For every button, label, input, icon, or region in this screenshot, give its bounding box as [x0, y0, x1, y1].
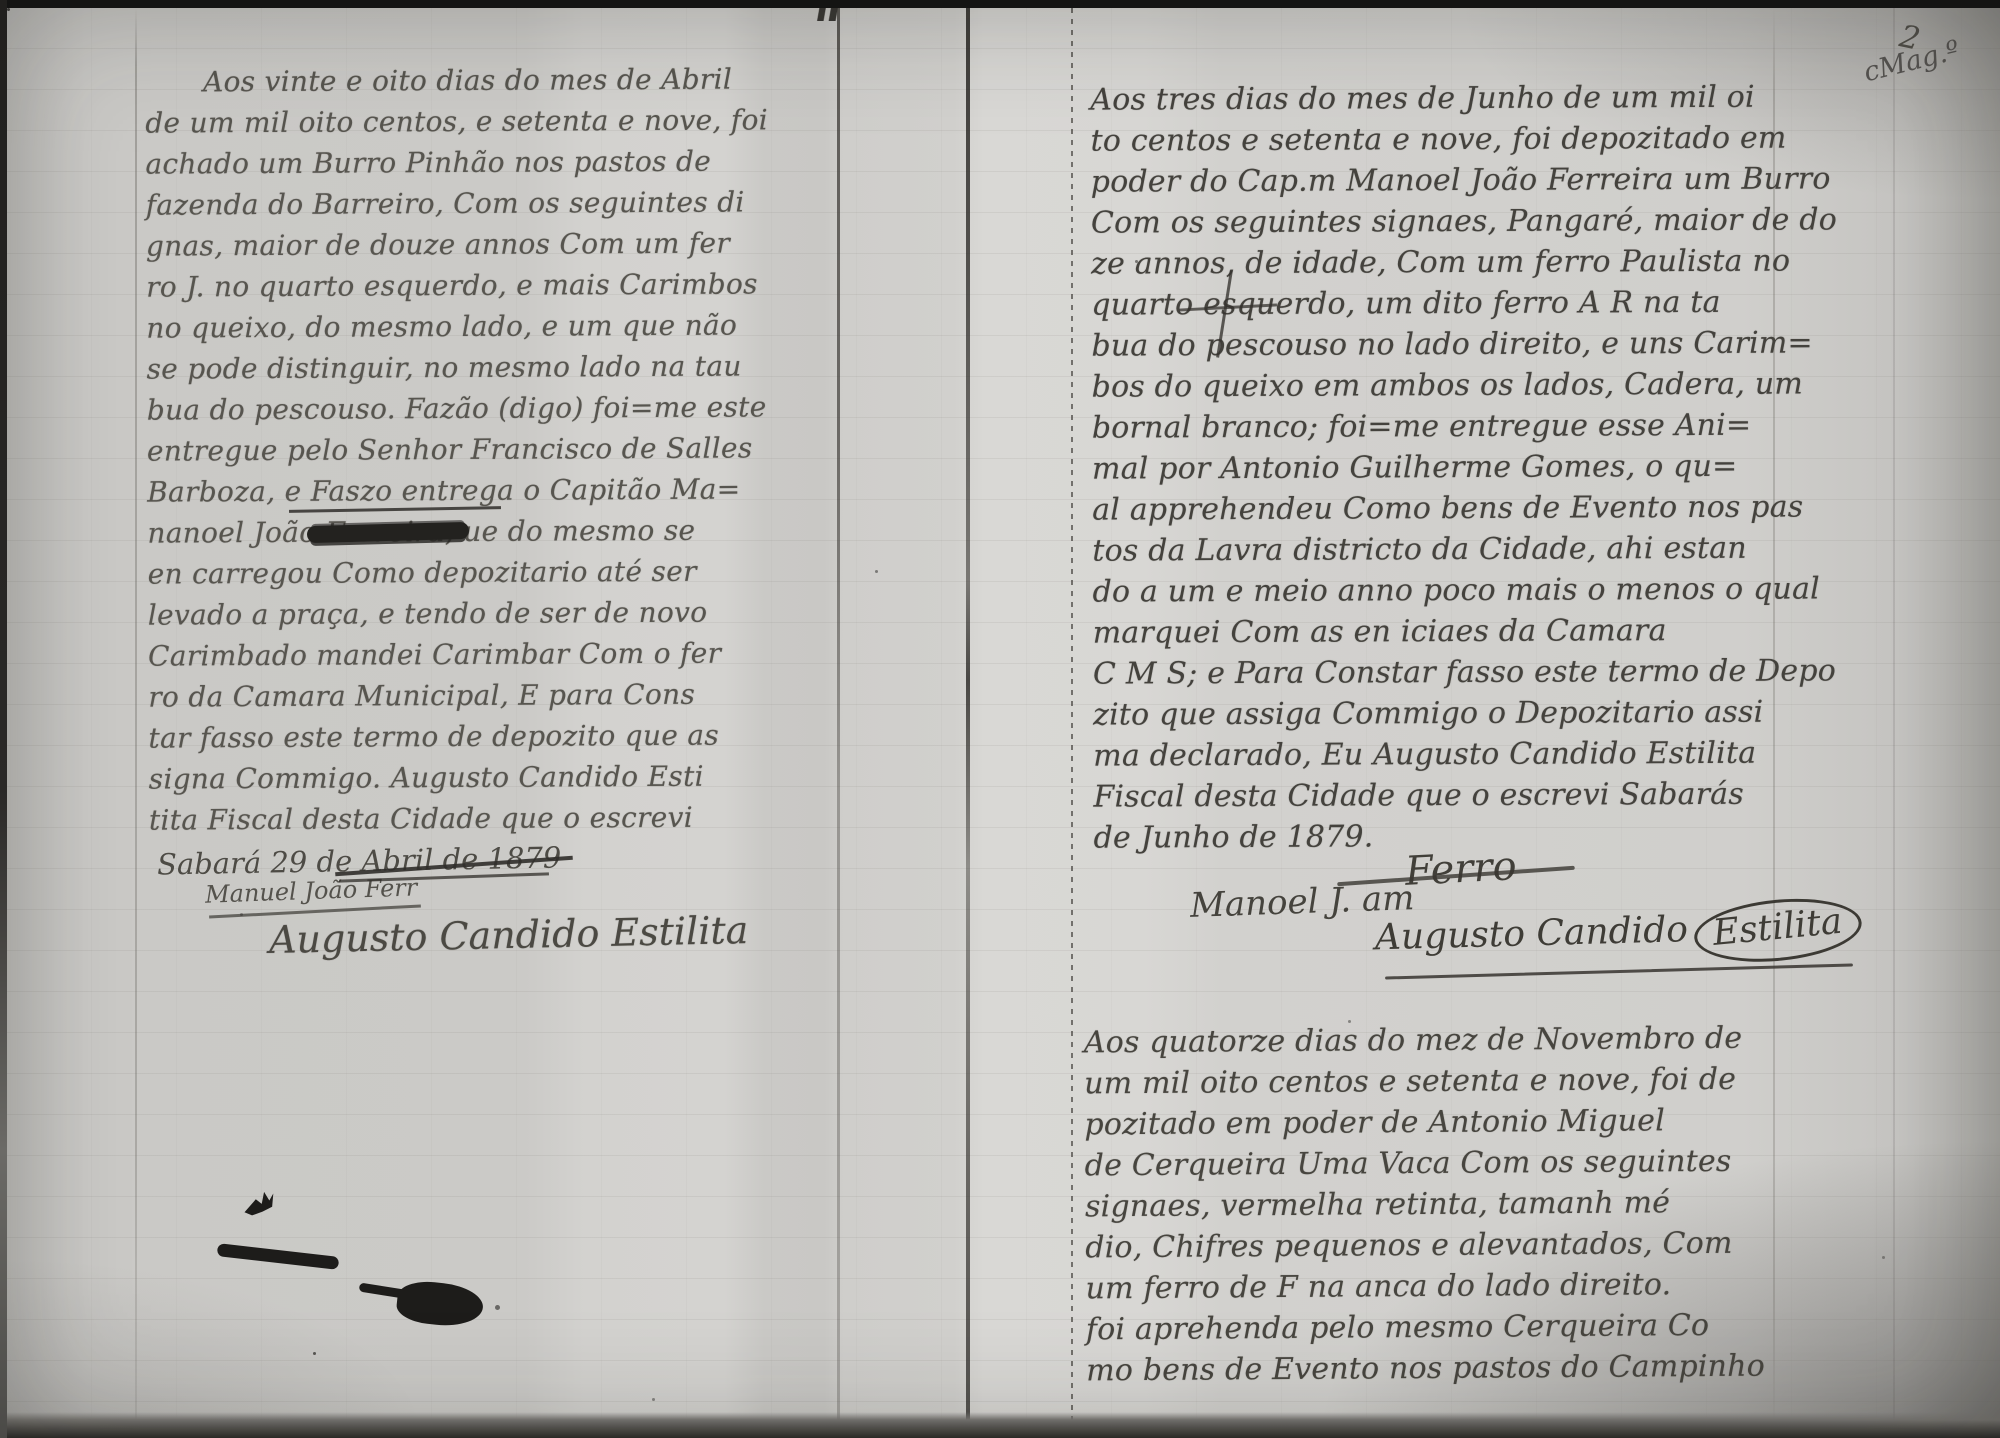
handwritten-line: mo bens de Evento nos pastos do Campinho — [1086, 1346, 1765, 1392]
handwritten-line: al apprehendeu Como bens de Evento nos p… — [1092, 486, 1838, 530]
handwritten-line: mal por Antonio Guilherme Gomes, o qu= — [1092, 445, 1838, 489]
handwritten-line: en carregou Como depozitario até ser — [148, 550, 771, 594]
handwritten-line: marquei Com as en iciaes da Camara — [1093, 609, 1839, 653]
handwritten-line: tar fasso este termo de depozito que as — [148, 714, 771, 758]
right-page-margin-dotted-line — [1071, 8, 1073, 1438]
right-page-fiscal-signature: Augusto CandidoEstilita — [1374, 898, 1862, 972]
torn-crease-line — [966, 8, 970, 1438]
handwritten-line: levado a praça, e tendo de ser de novo — [148, 591, 771, 635]
center-fold-line — [837, 8, 840, 1438]
handwritten-line: dio, Chifres pequenos e alevantados, Com — [1085, 1223, 1764, 1269]
handwritten-line: zito que assiga Commigo o Depozitario as… — [1093, 691, 1839, 735]
handwritten-line: do a um e meio anno poco mais o menos o … — [1092, 568, 1838, 612]
scanned-book-spread: Aos vinte e oito dias do mes de Abrilde … — [0, 0, 2000, 1438]
top-edge-scribble-mark — [805, 8, 849, 21]
handwritten-line: no queixo, do mesmo lado, e um que não — [146, 304, 769, 348]
handwritten-line: achado um Burro Pinhão nos pastos de — [145, 140, 768, 184]
handwritten-line: foi aprehenda pelo mesmo Cerqueira Co — [1086, 1305, 1765, 1351]
fiscal-signature-name: Augusto Candido — [1374, 909, 1688, 958]
handwritten-line: signaes, vermelha retinta, tamanh mé — [1085, 1182, 1764, 1228]
left-page-body: Aos vinte e oito dias do mes de Abrilde … — [145, 58, 772, 840]
handwritten-line: ro da Camara Municipal, E para Cons — [148, 673, 771, 717]
handwritten-line: entregue pelo Senhor Francisco de Salles — [147, 427, 770, 471]
fiscal-signature-circled-surname: Estilita — [1691, 892, 1864, 969]
handwritten-line: ze annos, de idade, Com um ferro Paulist… — [1091, 240, 1837, 284]
handwritten-line: ma declarado, Eu Augusto Candido Estilit… — [1093, 732, 1839, 776]
handwritten-line: fazenda do Barreiro, Com os seguintes di — [146, 181, 769, 225]
handwritten-line: bua do pescouso no lado direito, e uns C… — [1091, 322, 1837, 366]
handwritten-line: quarto esquerdo, um dito ferro A R na ta — [1091, 281, 1837, 325]
scan-left-edge-strip — [0, 0, 7, 1438]
handwritten-line: bua do pescouso. Fazão (digo) foi=me est… — [147, 386, 770, 430]
handwritten-line: poder do Cap.m Manoel João Ferreira um B… — [1091, 158, 1837, 202]
page-edge-line — [1893, 8, 1895, 1438]
handwritten-line: tos da Lavra districto da Cidade, ahi es… — [1092, 527, 1838, 571]
scan-paper: Aos vinte e oito dias do mes de Abrilde … — [7, 8, 2000, 1438]
handwritten-line: Aos quatorze dias do mez de Novembro de — [1084, 1018, 1763, 1064]
right-page-depositary-signature-flourish: Ferro — [1404, 843, 1518, 895]
handwritten-line: C M S; e Para Constar fasso este termo d… — [1093, 650, 1839, 694]
handwritten-line: Carimbado mandei Carimbar Com o fer — [148, 632, 771, 676]
scan-bottom-shadow-band — [7, 1412, 2000, 1438]
handwritten-line: bos do queixo em ambos os lados, Cadera,… — [1092, 363, 1838, 407]
handwritten-line: bornal branco; foi=me entregue esse Ani= — [1092, 404, 1838, 448]
handwritten-line: signa Commigo. Augusto Candido Esti — [149, 755, 772, 799]
handwritten-line: gnas, maior de douze annos Com um fer — [146, 222, 769, 266]
right-page-entry1-body: Aos tres dias do mes de Junho de um mil … — [1090, 76, 1839, 858]
handwritten-line: tita Fiscal desta Cidade que o escrevi — [149, 796, 772, 840]
handwritten-line: se pode distinguir, no mesmo lado na tau — [146, 345, 769, 389]
handwritten-line: um mil oito centos e setenta e nove, foi… — [1084, 1059, 1763, 1105]
handwritten-line: de um mil oito centos, e setenta e nove,… — [145, 99, 768, 143]
handwritten-line: um ferro de F na anca do lado direito. — [1085, 1264, 1764, 1310]
left-page-margin-line — [135, 8, 137, 1438]
handwritten-line: de Cerqueira Uma Vaca Com os seguintes — [1085, 1141, 1764, 1187]
handwritten-line: Com os seguintes signaes, Pangaré, maior… — [1091, 199, 1837, 243]
right-page-entry2-body: Aos quatorze dias do mez de Novembro deu… — [1084, 1018, 1765, 1392]
handwritten-line: Aos tres dias do mes de Junho de um mil … — [1090, 76, 1836, 120]
handwritten-line: pozitado em poder de Antonio Miguel — [1084, 1100, 1763, 1146]
handwritten-line: Fiscal desta Cidade que o escrevi Sabará… — [1093, 773, 1839, 817]
handwritten-line: Aos vinte e oito dias do mes de Abril — [145, 58, 768, 102]
dust-specks — [7, 8, 10, 11]
handwritten-line: to centos e setenta e nove, foi depozita… — [1090, 117, 1836, 161]
handwritten-line: ro J. no quarto esquerdo, e mais Carimbo… — [146, 263, 769, 307]
